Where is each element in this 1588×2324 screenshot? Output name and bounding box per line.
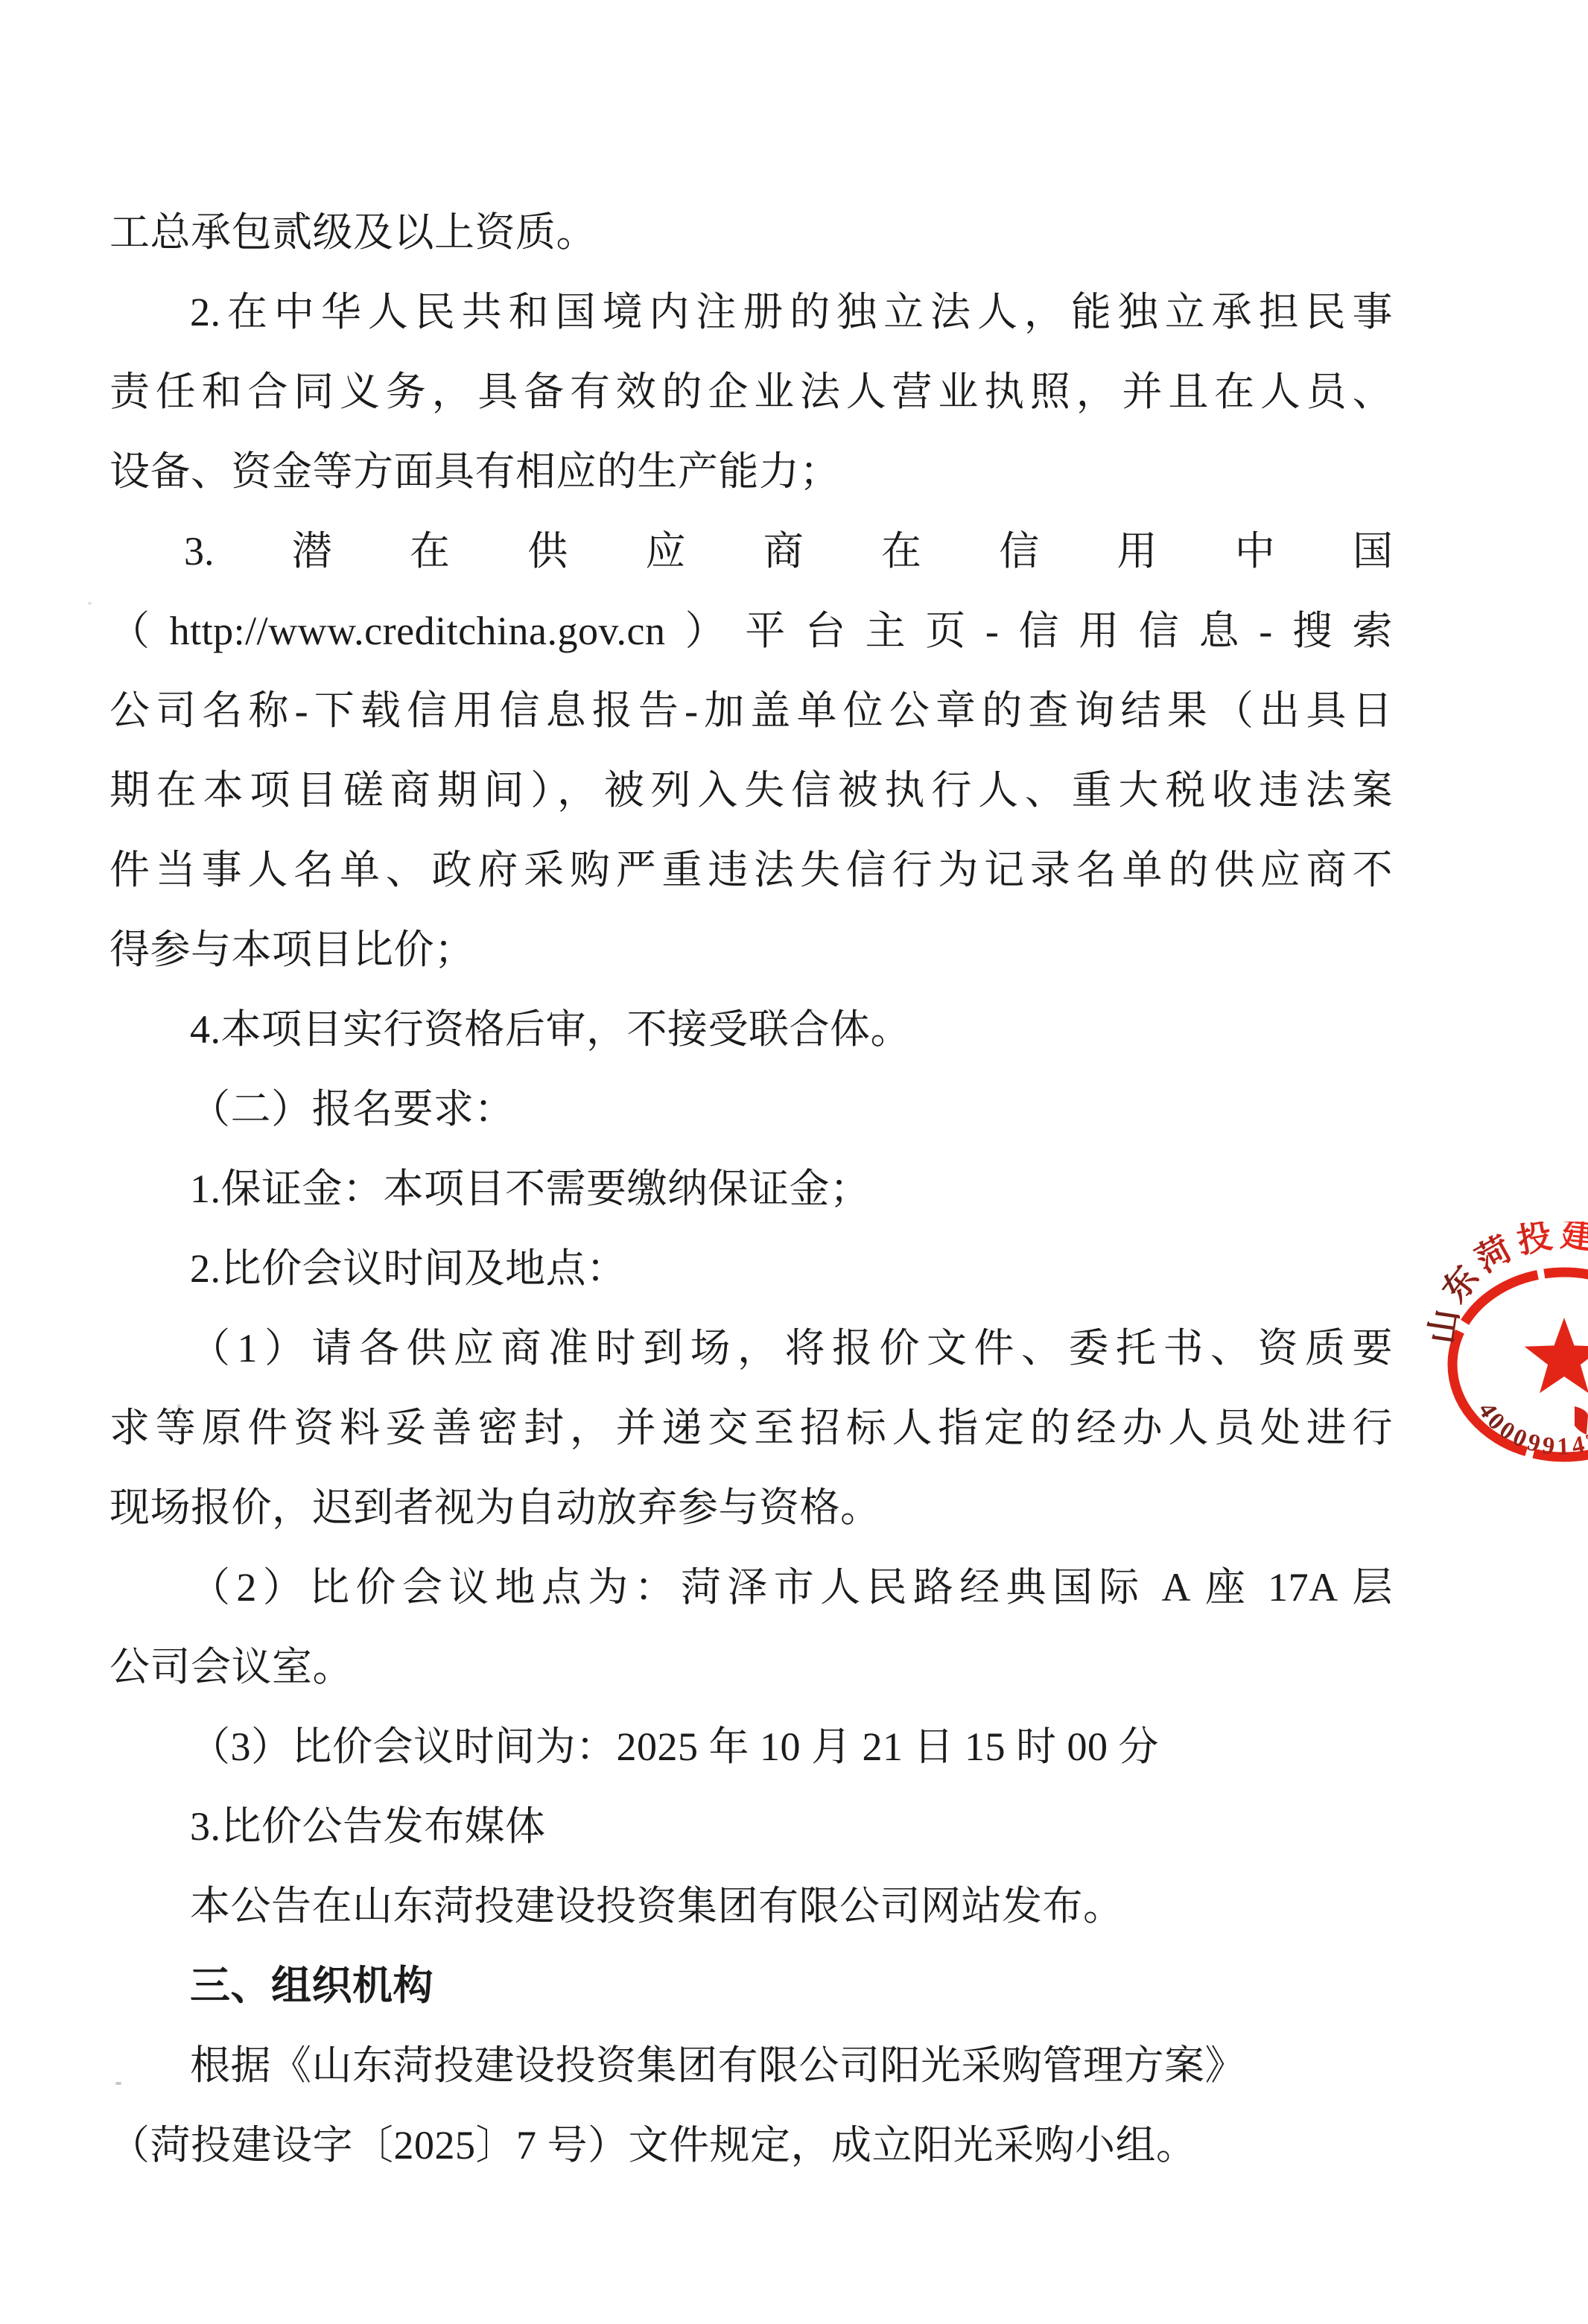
seal-ink-fragment <box>1575 1406 1588 1435</box>
text-line: （二）报名要求： <box>109 1070 1393 1149</box>
text-line: 1.保证金：本项目不需要缴纳保证金； <box>109 1149 1393 1229</box>
text-line: （http://www.creditchina.gov.cn）平台主页-信用信息… <box>109 591 1393 671</box>
text-line-justified: 3. 潜 在 供 应 商 在 信 用 中 国 <box>109 512 1393 591</box>
text-line: （菏投建设字〔2025〕7 号）文件规定，成立阳光采购小组。 <box>109 2106 1393 2185</box>
text-segment: 应 <box>646 512 686 591</box>
text-line: 工总承包贰级及以上资质。 <box>109 193 1393 273</box>
text-line: 公司会议室。 <box>109 1628 1393 1707</box>
document-body: 工总承包贰级及以上资质。 2.在中华人民共和国境内注册的独立法人，能独立承担民事… <box>109 193 1393 2185</box>
text-line: 3.比价公告发布媒体 <box>109 1787 1393 1867</box>
text-line: 根据《山东菏投建设投资集团有限公司阳光采购管理方案》 <box>109 2026 1393 2106</box>
text-segment: 在 <box>410 512 450 591</box>
text-segment: 国 <box>1353 512 1393 591</box>
seal-serial-number: 400099142 <box>1473 1398 1588 1461</box>
text-segment: 供 <box>527 512 568 591</box>
company-seal-stamp: 山东菏投建设投 400099142 <box>1415 1222 1588 1534</box>
text-segment: 商 <box>763 512 804 591</box>
text-segment: 信 <box>999 512 1039 591</box>
text-line: 现场报价，迟到者视为自动放弃参与资格。 <box>109 1468 1393 1548</box>
text-segment: 3. <box>184 512 215 591</box>
text-line: 求等原件资料妥善密封，并递交至招标人指定的经办人员处进行 <box>109 1388 1393 1468</box>
text-line: 设备、资金等方面具有相应的生产能力； <box>109 432 1393 512</box>
text-line: （3）比价会议时间为：2025 年 10 月 21 日 15 时 00 分 <box>109 1707 1393 1787</box>
text-line: 期在本项目磋商期间），被列入失信被执行人、重大税收违法案 <box>109 751 1393 831</box>
text-line: （2）比价会议地点为：菏泽市人民路经典国际 A 座 17A 层 <box>109 1548 1393 1628</box>
text-segment: 中 <box>1235 512 1275 591</box>
text-line: 件当事人名单、政府采购严重违法失信行为记录名单的供应商不 <box>109 831 1393 910</box>
scan-speck <box>88 602 92 605</box>
scan-speck <box>177 1404 181 1408</box>
section-heading: 三、组织机构 <box>109 1946 1393 2026</box>
text-segment: 潜 <box>292 512 332 591</box>
text-line: 公司名称-下载信用信息报告-加盖单位公章的查询结果（出具日 <box>109 671 1393 751</box>
document-page: 工总承包贰级及以上资质。 2.在中华人民共和国境内注册的独立法人，能独立承担民事… <box>0 0 1588 2324</box>
text-segment: 用 <box>1117 512 1157 591</box>
text-line: 责任和合同义务，具备有效的企业法人营业执照，并且在人员、 <box>109 352 1393 432</box>
text-line: 2.在中华人民共和国境内注册的独立法人，能独立承担民事 <box>109 273 1393 352</box>
text-line: 2.比价会议时间及地点： <box>109 1229 1393 1309</box>
text-line: 4.本项目实行资格后审，不接受联合体。 <box>109 990 1393 1070</box>
text-line: 得参与本项目比价； <box>109 910 1393 990</box>
star-icon <box>1525 1318 1588 1393</box>
text-line: （1）请各供应商准时到场，将报价文件、委托书、资质要 <box>109 1309 1393 1388</box>
text-line: 本公告在山东菏投建设投资集团有限公司网站发布。 <box>109 1867 1393 1946</box>
scan-speck <box>115 2082 121 2085</box>
text-segment: 在 <box>881 512 921 591</box>
